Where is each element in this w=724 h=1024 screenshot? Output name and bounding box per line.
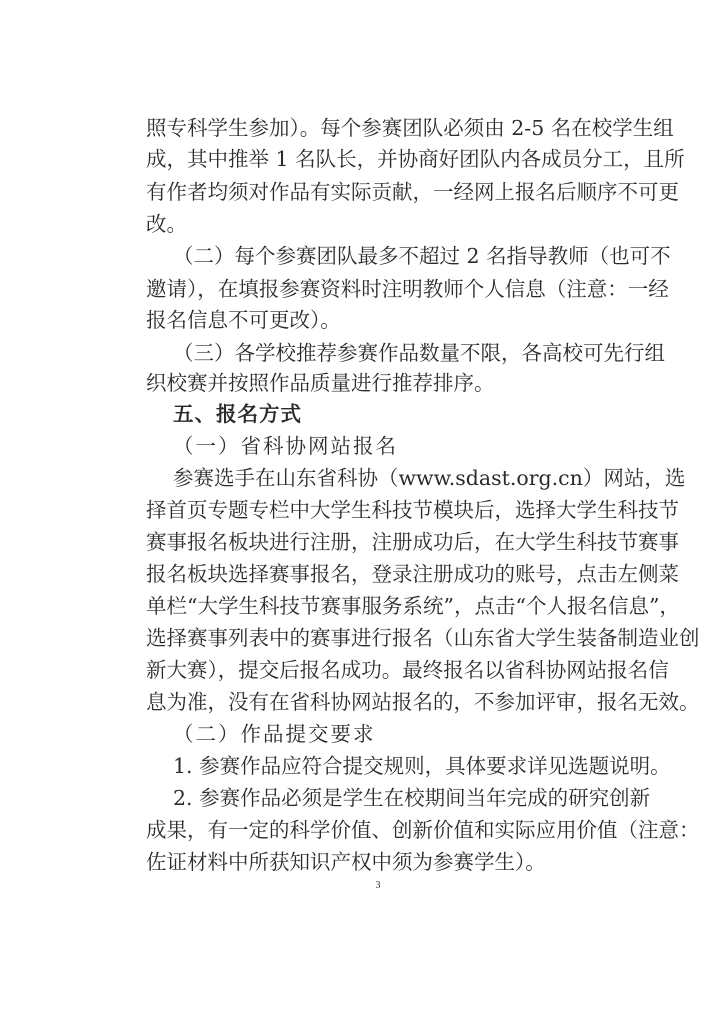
paragraph-line: 报名信息不可更改）。 [146, 305, 608, 335]
paragraph-line: 佐证材料中所获知识产权中须为参赛学生）。 [146, 847, 608, 877]
section-heading: 五、报名方式 [173, 399, 608, 429]
paragraph-line: 成，其中推举 1 名队长，并协商好团队内各成员分工，且所 [146, 144, 608, 174]
paragraph-line: （三）各学校推荐参赛作品数量不限，各高校可先行组 [173, 338, 608, 368]
paragraph-line: 选择赛事列表中的赛事进行报名（山东省大学生装备制造业创 [146, 623, 608, 653]
list-item: 1. 参赛作品应符合提交规则，具体要求详见选题说明。 [173, 751, 608, 781]
paragraph-line: （二）每个参赛团队最多不超过 2 名指导教师（也可不 [173, 241, 608, 271]
paragraph-line: 择首页专题专栏中大学生科技节模块后，选择大学生科技节 [146, 495, 608, 525]
paragraph-line: 织校赛并按照作品质量进行推荐排序。 [146, 368, 608, 398]
paragraph-line: 参赛选手在山东省科协（www.sdast.org.cn）网站，选 [173, 463, 608, 493]
paragraph-line: 单栏“大学生科技节赛事服务系统”，点击“个人报名信息”， [146, 591, 608, 621]
paragraph-line: 新大赛），提交后报名成功。最终报名以省科协网站报名信 [146, 655, 608, 685]
paragraph-line: 照专科学生参加）。每个参赛团队必须由 2-5 名在校学生组 [146, 113, 608, 143]
document-page: 照专科学生参加）。每个参赛团队必须由 2-5 名在校学生组 成，其中推举 1 名… [0, 0, 724, 1024]
paragraph-line: 报名板块选择赛事报名，登录注册成功的账号，点击左侧菜 [146, 559, 608, 589]
paragraph-line: 成果，有一定的科学价值、创新价值和实际应用价值（注意： [146, 815, 608, 845]
paragraph-line: 赛事报名板块进行注册，注册成功后，在大学生科技节赛事 [146, 527, 608, 557]
paragraph-line: 息为准，没有在省科协网站报名的，不参加评审，报名无效。 [146, 687, 608, 717]
paragraph-line: 有作者均须对作品有实际贡献，一经网上报名后顺序不可更 [146, 177, 608, 207]
page-number: 3 [370, 879, 386, 893]
list-item: 2. 参赛作品必须是学生在校期间当年完成的研究创新 [173, 783, 608, 813]
paragraph-line: 邀请），在填报参赛资料时注明教师个人信息（注意：一经 [146, 274, 608, 304]
subsection-heading: （一）省科协网站报名 [173, 431, 608, 461]
paragraph-line: 改。 [146, 209, 608, 239]
subsection-heading: （二）作品提交要求 [173, 719, 608, 749]
